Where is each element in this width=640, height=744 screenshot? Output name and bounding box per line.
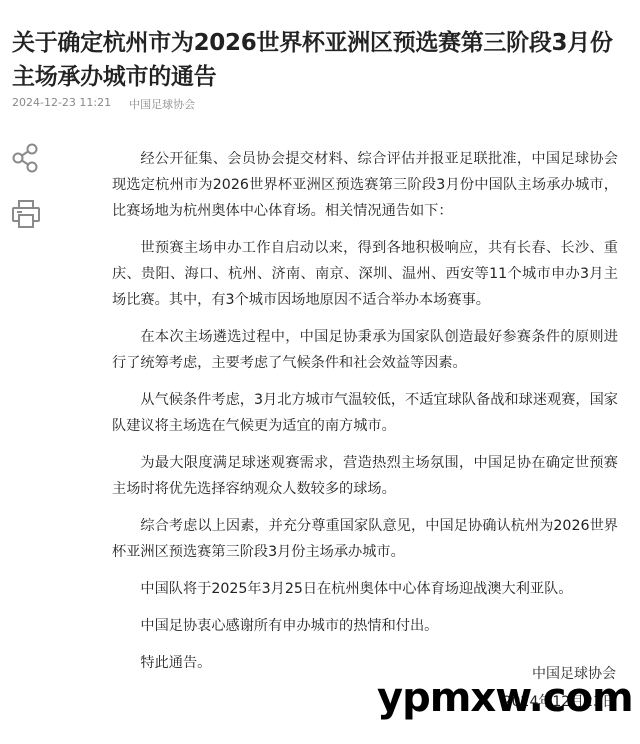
article-title: 关于确定杭州市为2026世界杯亚洲区预选赛第三阶段3月份主场承办城市的通告 [12, 26, 628, 94]
paragraph: 从气候条件考虑，3月北方城市气温较低，不适宜球队备战和球迷观赛，国家队建议将主场… [112, 387, 618, 439]
paragraph: 为最大限度满足球迷观赛需求，营造热烈主场氛围，中国足协在确定世预赛主场时将优先选… [112, 450, 618, 502]
paragraph: 世预赛主场申办工作自启动以来，得到各地积极响应，共有长春、长沙、重庆、贵阳、海口… [112, 235, 618, 313]
paragraph: 中国队将于2025年3月25日在杭州奥体中心体育场迎战澳大利亚队。 [112, 576, 618, 602]
paragraph: 综合考虑以上因素，并充分尊重国家队意见，中国足协确认杭州为2026世界杯亚洲区预… [112, 513, 618, 565]
watermark: ypmxw.com [377, 676, 633, 720]
print-icon[interactable] [10, 198, 42, 230]
share-icon[interactable] [10, 142, 42, 174]
side-toolbar [10, 142, 44, 254]
paragraph: 在本次主场遴选过程中，中国足协秉承为国家队创造最好参赛条件的原则进行了统筹考虑，… [112, 324, 618, 376]
paragraph: 经公开征集、会员协会提交材料、综合评估并报亚足联批准，中国足球协会现选定杭州市为… [112, 146, 618, 224]
article-meta: 2024-12-23 11:21 中国足球协会 [12, 96, 195, 112]
paragraph: 中国足协衷心感谢所有申办城市的热情和付出。 [112, 613, 618, 639]
article-source: 中国足球协会 [129, 96, 195, 112]
article-body: 经公开征集、会员协会提交材料、综合评估并报亚足联批准，中国足球协会现选定杭州市为… [112, 146, 618, 687]
publish-time: 2024-12-23 11:21 [12, 96, 111, 112]
